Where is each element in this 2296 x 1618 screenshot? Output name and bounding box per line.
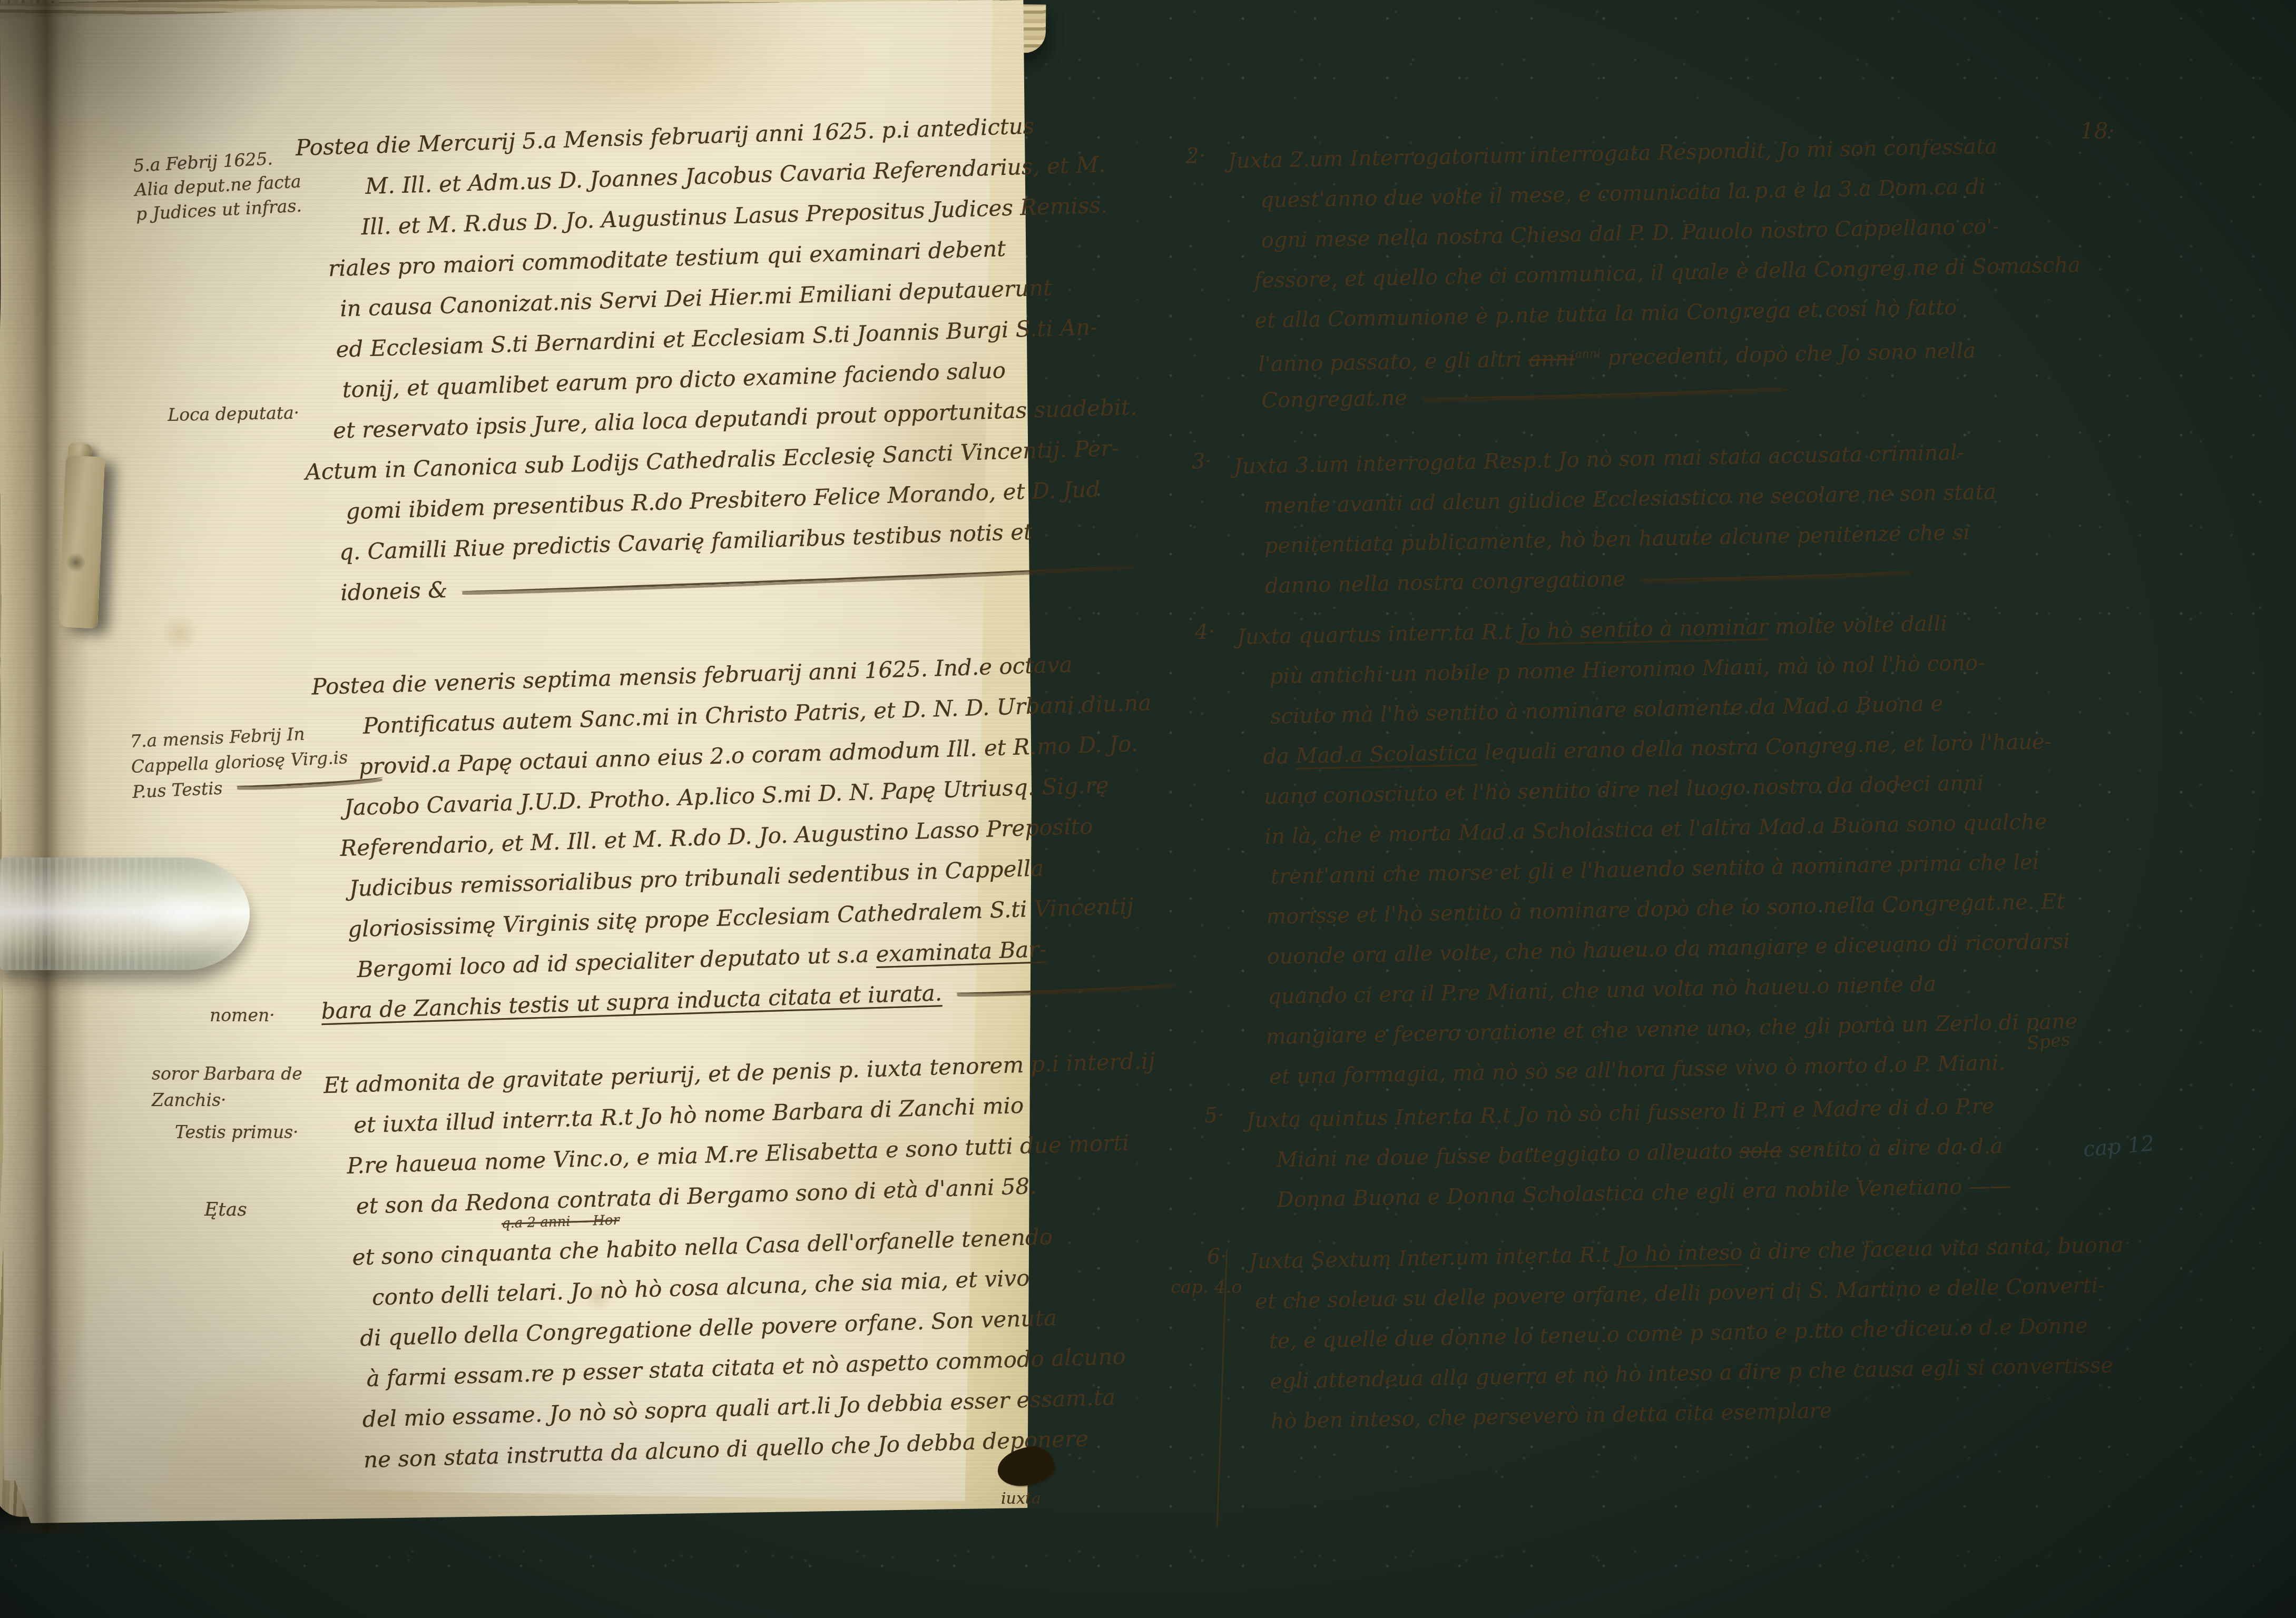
manuscript-line: Zanchis· <box>152 1087 302 1113</box>
manuscript-photograph: 5.a Febrij 1625.Alia deput.ne factap Jud… <box>0 0 2296 1618</box>
item-lines: Juxta quartus interr.ta R.t Jo hò sentit… <box>1237 601 2052 1097</box>
margin-note-testis-primus: Testis primus· <box>175 1122 299 1142</box>
margin-note-witness-name: soror Barbara deZanchis· <box>152 1061 302 1113</box>
item-lines: Juxta 3.um interrogata Resp.t Jo nò son … <box>1233 431 2043 607</box>
manuscript-line: soror Barbara de <box>152 1061 302 1087</box>
answer-item-3: 3· Juxta 3.um interrogata Resp.t Jo nò s… <box>1233 431 2043 607</box>
manuscript-line: Ętas <box>204 1199 247 1220</box>
folio-number: 18· <box>2080 118 2115 144</box>
margin-note-date: 5.a Febrij 1625.Alia deput.ne factap Jud… <box>133 145 303 226</box>
testimony-paragraph: Et admonita de gravitate periurij, et de… <box>323 1040 1183 1481</box>
deputation-paragraph: Postea die Mercurij 5.a Mensis februarij… <box>295 102 1157 614</box>
session-paragraph: Postea die veneris septima mensis februa… <box>311 642 1170 1031</box>
left-page-text: Postea die Mercurij 5.a Mensis februarij… <box>295 102 1183 1481</box>
right-page-text: 2· Juxta 2.um Interrogatorium interrogat… <box>1228 126 2058 1442</box>
item-number: 4· <box>1194 620 1215 645</box>
answer-item-5: 5· Juxta quintus Inter.ta R.t Jo nò sò c… <box>1246 1085 2054 1220</box>
margin-note-nomen: nomen· <box>210 1005 275 1025</box>
manuscript-line: Testis primus· <box>175 1122 299 1142</box>
manuscript-line: nomen· <box>210 1005 275 1025</box>
item-lines: Juxta quintus Inter.ta R.t Jo nò sò chi … <box>1246 1085 2054 1220</box>
item-number: 2· <box>1185 144 1206 169</box>
item-number: 5· <box>1204 1103 1224 1128</box>
margin-note-etas: Ętas <box>204 1199 247 1220</box>
answer-item-4: 4· Juxta quartus interr.ta R.t Jo hò sen… <box>1237 601 2052 1097</box>
answer-item-2: 2· Juxta 2.um Interrogatorium interrogat… <box>1228 126 2039 421</box>
item-number: 3· <box>1191 449 1212 474</box>
item-lines: Juxta Sextum Inter.um inter.ta R.t Jo hò… <box>1249 1226 2058 1442</box>
margin-note-loca-deputata: Loca deputata· <box>168 402 299 425</box>
answer-item-6: 6· Juxta Sextum Inter.um inter.ta R.t Jo… <box>1249 1226 2058 1442</box>
item-lines: Juxta 2.um Interrogatorium interrogata R… <box>1228 126 2039 421</box>
catchword: iuxta <box>1001 1489 1041 1508</box>
manuscript-line: Loca deputata· <box>168 402 299 425</box>
parchment-tab <box>58 456 105 629</box>
glass-weight-rod <box>0 857 250 970</box>
item-number: 6· <box>1206 1244 1227 1269</box>
margin-note-cap4: cap. 4.o <box>1171 1277 1242 1298</box>
